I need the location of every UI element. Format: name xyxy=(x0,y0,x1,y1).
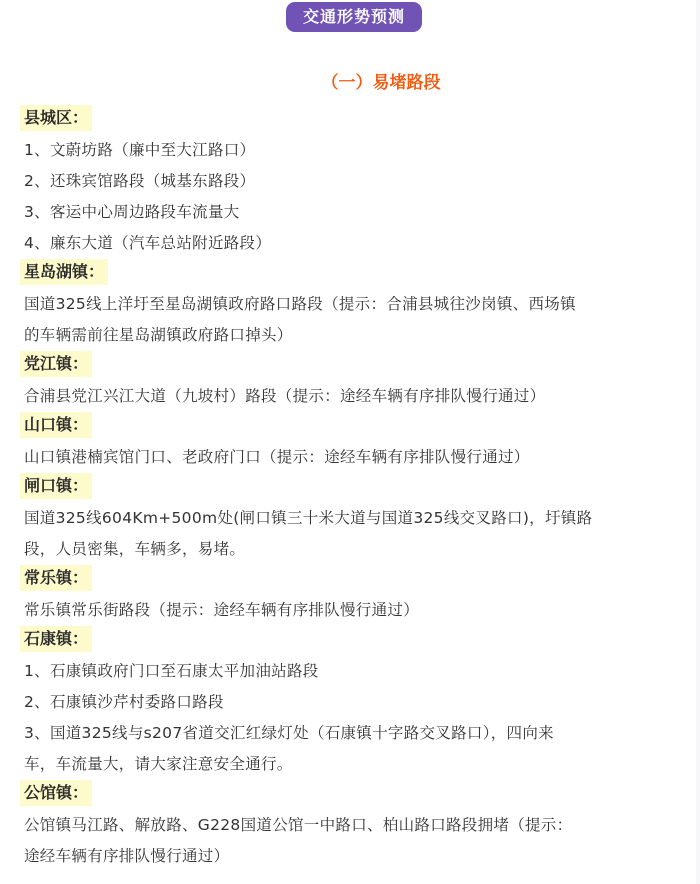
region-heading: 常乐镇： xyxy=(20,565,92,591)
list-item: 1、文蔚坊路（廉中至大江路口） xyxy=(20,135,680,166)
road-list: 公馆镇马江路、解放路、G228国道公馆一中路口、柏山路口路段拥堵（提示： 途经车… xyxy=(20,810,680,872)
paragraph-line: 国道325线上洋圩至星岛湖镇政府路口路段（提示：合浦县城往沙岗镇、西场镇 xyxy=(20,289,680,320)
list-item: 4、廉东大道（汽车总站附近路段） xyxy=(20,228,680,259)
traffic-forecast-banner: 交通形势预测 xyxy=(286,2,422,32)
list-item: 3、客运中心周边路段车流量大 xyxy=(20,197,680,228)
list-item: 车，车流量大，请大家注意安全通行。 xyxy=(20,749,680,780)
list-item: 2、还珠宾馆路段（城基东路段） xyxy=(20,166,680,197)
region-heading: 石康镇： xyxy=(20,626,92,652)
section-title: （一）易堵路段 xyxy=(0,70,700,96)
region-gongguan: 公馆镇： 公馆镇马江路、解放路、G228国道公馆一中路口、柏山路口路段拥堵（提示… xyxy=(20,780,680,872)
paragraph-line: 途经车辆有序排队慢行通过） xyxy=(20,841,680,872)
road-list: 国道325线604Km+500m处(闸口镇三十米大道与国道325线交叉路口)，圩… xyxy=(20,503,680,565)
region-heading: 闸口镇： xyxy=(20,473,92,499)
region-heading: 星岛湖镇： xyxy=(20,259,108,285)
paragraph-line: 的车辆需前往星岛湖镇政府路口掉头） xyxy=(20,320,680,351)
list-item: 2、石康镇沙芹村委路口路段 xyxy=(20,687,680,718)
paragraph-line: 常乐镇常乐街路段（提示：途经车辆有序排队慢行通过） xyxy=(20,595,680,626)
road-list: 1、石康镇政府门口至石康太平加油站路段 2、石康镇沙芹村委路口路段 3、国道32… xyxy=(20,656,680,780)
region-shankou: 山口镇： 山口镇港楠宾馆门口、老政府门口（提示：途经车辆有序排队慢行通过） xyxy=(20,412,680,473)
region-heading: 山口镇： xyxy=(20,412,92,438)
region-heading: 党江镇： xyxy=(20,351,92,377)
road-list: 1、文蔚坊路（廉中至大江路口） 2、还珠宾馆路段（城基东路段） 3、客运中心周边… xyxy=(20,135,680,259)
paragraph-line: 合浦县党江兴江大道（九坡村）路段（提示：途经车辆有序排队慢行通过） xyxy=(20,381,680,412)
road-list: 常乐镇常乐街路段（提示：途经车辆有序排队慢行通过） xyxy=(20,595,680,626)
paragraph-line: 段，人员密集，车辆多，易堵。 xyxy=(20,534,680,565)
road-list: 合浦县党江兴江大道（九坡村）路段（提示：途经车辆有序排队慢行通过） xyxy=(20,381,680,412)
page-edge-strip xyxy=(696,0,700,884)
list-item: 3、国道325线与s207省道交汇红绿灯处（石康镇十字路交叉路口），四向来 xyxy=(20,718,680,749)
road-list: 山口镇港楠宾馆门口、老政府门口（提示：途经车辆有序排队慢行通过） xyxy=(20,442,680,473)
banner-container: 交通形势预测 xyxy=(0,2,700,32)
paragraph-line: 国道325线604Km+500m处(闸口镇三十米大道与国道325线交叉路口)，圩… xyxy=(20,503,680,534)
region-heading: 公馆镇： xyxy=(20,780,92,806)
paragraph-line: 公馆镇马江路、解放路、G228国道公馆一中路口、柏山路口路段拥堵（提示： xyxy=(20,810,680,841)
article-content: 县城区： 1、文蔚坊路（廉中至大江路口） 2、还珠宾馆路段（城基东路段） 3、客… xyxy=(20,105,680,872)
region-xingdaohu: 星岛湖镇： 国道325线上洋圩至星岛湖镇政府路口路段（提示：合浦县城往沙岗镇、西… xyxy=(20,259,680,351)
road-list: 国道325线上洋圩至星岛湖镇政府路口路段（提示：合浦县城往沙岗镇、西场镇 的车辆… xyxy=(20,289,680,351)
list-item: 1、石康镇政府门口至石康太平加油站路段 xyxy=(20,656,680,687)
region-county-town: 县城区： 1、文蔚坊路（廉中至大江路口） 2、还珠宾馆路段（城基东路段） 3、客… xyxy=(20,105,680,259)
paragraph-line: 山口镇港楠宾馆门口、老政府门口（提示：途经车辆有序排队慢行通过） xyxy=(20,442,680,473)
region-changle: 常乐镇： 常乐镇常乐街路段（提示：途经车辆有序排队慢行通过） xyxy=(20,565,680,626)
region-zhakou: 闸口镇： 国道325线604Km+500m处(闸口镇三十米大道与国道325线交叉… xyxy=(20,473,680,565)
region-dangjiang: 党江镇： 合浦县党江兴江大道（九坡村）路段（提示：途经车辆有序排队慢行通过） xyxy=(20,351,680,412)
region-shikang: 石康镇： 1、石康镇政府门口至石康太平加油站路段 2、石康镇沙芹村委路口路段 3… xyxy=(20,626,680,780)
region-heading: 县城区： xyxy=(20,105,92,131)
